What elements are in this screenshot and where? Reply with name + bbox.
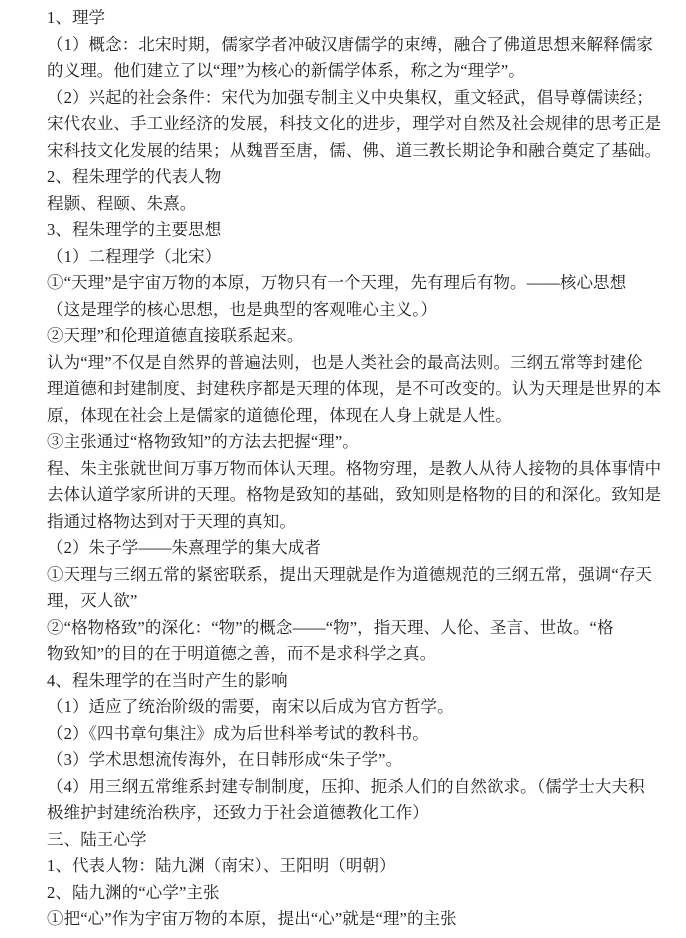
text-line: 3、程朱理学的主要思想	[47, 217, 650, 244]
text-line: 1、理学	[47, 5, 650, 32]
text-line: 指通过格物达到对于天理的真知。	[47, 509, 650, 536]
text-line: 1、代表人物：陆九渊（南宋）、王阳明（明朝）	[47, 853, 650, 880]
text-line: 的义理。他们建立了以“理”为核心的新儒学体系，称之为“理学”。	[47, 58, 650, 85]
text-line: ②“格物格致”的深化：“物”的概念——“物”，指天理、人伦、圣言、世故。“格	[47, 615, 650, 642]
document-text: 1、理学（1）概念：北宋时期，儒家学者冲破汉唐儒学的束缚，融合了佛道思想来解释儒…	[47, 5, 650, 933]
text-line: ①把“心”作为宇宙万物的本原，提出“心”就是“理”的主张	[47, 906, 650, 933]
text-line: 2、陆九渊的“心学”主张	[47, 880, 650, 907]
text-line: 极维护封建统治秩序，还致力于社会道德教化工作）	[47, 800, 650, 827]
text-line: （1）适应了统治阶级的需要，南宋以后成为官方哲学。	[47, 694, 650, 721]
text-line: 物致知”的目的在于明道德之善，而不是求科学之真。	[47, 641, 650, 668]
text-line: （2）兴起的社会条件：宋代为加强专制主义中央集权，重文轻武，倡导尊儒读经；	[47, 85, 650, 112]
text-line: 程颢、程颐、朱熹。	[47, 191, 650, 218]
text-line: ②天理”和伦理道德直接联系起来。	[47, 323, 650, 350]
text-line: 认为“理”不仅是自然界的普遍法则，也是人类社会的最高法则。三纲五常等封建伦	[47, 350, 650, 377]
text-line: （2）《四书章句集注》成为后世科举考试的教科书。	[47, 721, 650, 748]
text-line: （这是理学的核心思想，也是典型的客观唯心主义。）	[47, 297, 650, 324]
text-line: 去体认道学家所讲的天理。格物是致知的基础，致知则是格物的目的和深化。致知是	[47, 482, 650, 509]
text-line: 2、程朱理学的代表人物	[47, 164, 650, 191]
text-line: （2）朱子学——朱熹理学的集大成者	[47, 535, 650, 562]
text-line: 理道德和封建制度、封建秩序都是天理的体现，是不可改变的。认为天理是世界的本	[47, 376, 650, 403]
text-line: 宋科技文化发展的结果；从魏晋至唐，儒、佛、道三教长期论争和融合奠定了基础。	[47, 138, 650, 165]
document-page: 1、理学（1）概念：北宋时期，儒家学者冲破汉唐儒学的束缚，融合了佛道思想来解释儒…	[0, 0, 686, 938]
text-line: （1）概念：北宋时期，儒家学者冲破汉唐儒学的束缚，融合了佛道思想来解释儒家	[47, 32, 650, 59]
text-line: 三、陆王心学	[47, 827, 650, 854]
text-line: ①天理与三纲五常的紧密联系，提出天理就是作为道德规范的三纲五常，强调“存天	[47, 562, 650, 589]
text-line: ③主张通过“格物致知”的方法去把握“理”。	[47, 429, 650, 456]
text-line: ①“天理”是宇宙万物的本原，万物只有一个天理，先有理后有物。——核心思想	[47, 270, 650, 297]
text-line: 原，体现在社会上是儒家的道德伦理，体现在人身上就是人性。	[47, 403, 650, 430]
text-line: （1）二程理学（北宋）	[47, 244, 650, 271]
text-line: 理，灭人欲”	[47, 588, 650, 615]
text-line: 程、朱主张就世间万事万物而体认天理。格物穷理，是教人从待人接物的具体事情中	[47, 456, 650, 483]
text-line: （3）学术思想流传海外，在日韩形成“朱子学”。	[47, 747, 650, 774]
text-line: 4、程朱理学的在当时产生的影响	[47, 668, 650, 695]
text-line: 宋代农业、手工业经济的发展，科技文化的进步，理学对自然及社会规律的思考正是	[47, 111, 650, 138]
text-line: （4）用三纲五常维系封建专制制度，压抑、扼杀人们的自然欲求。（儒学士大夫积	[47, 774, 650, 801]
